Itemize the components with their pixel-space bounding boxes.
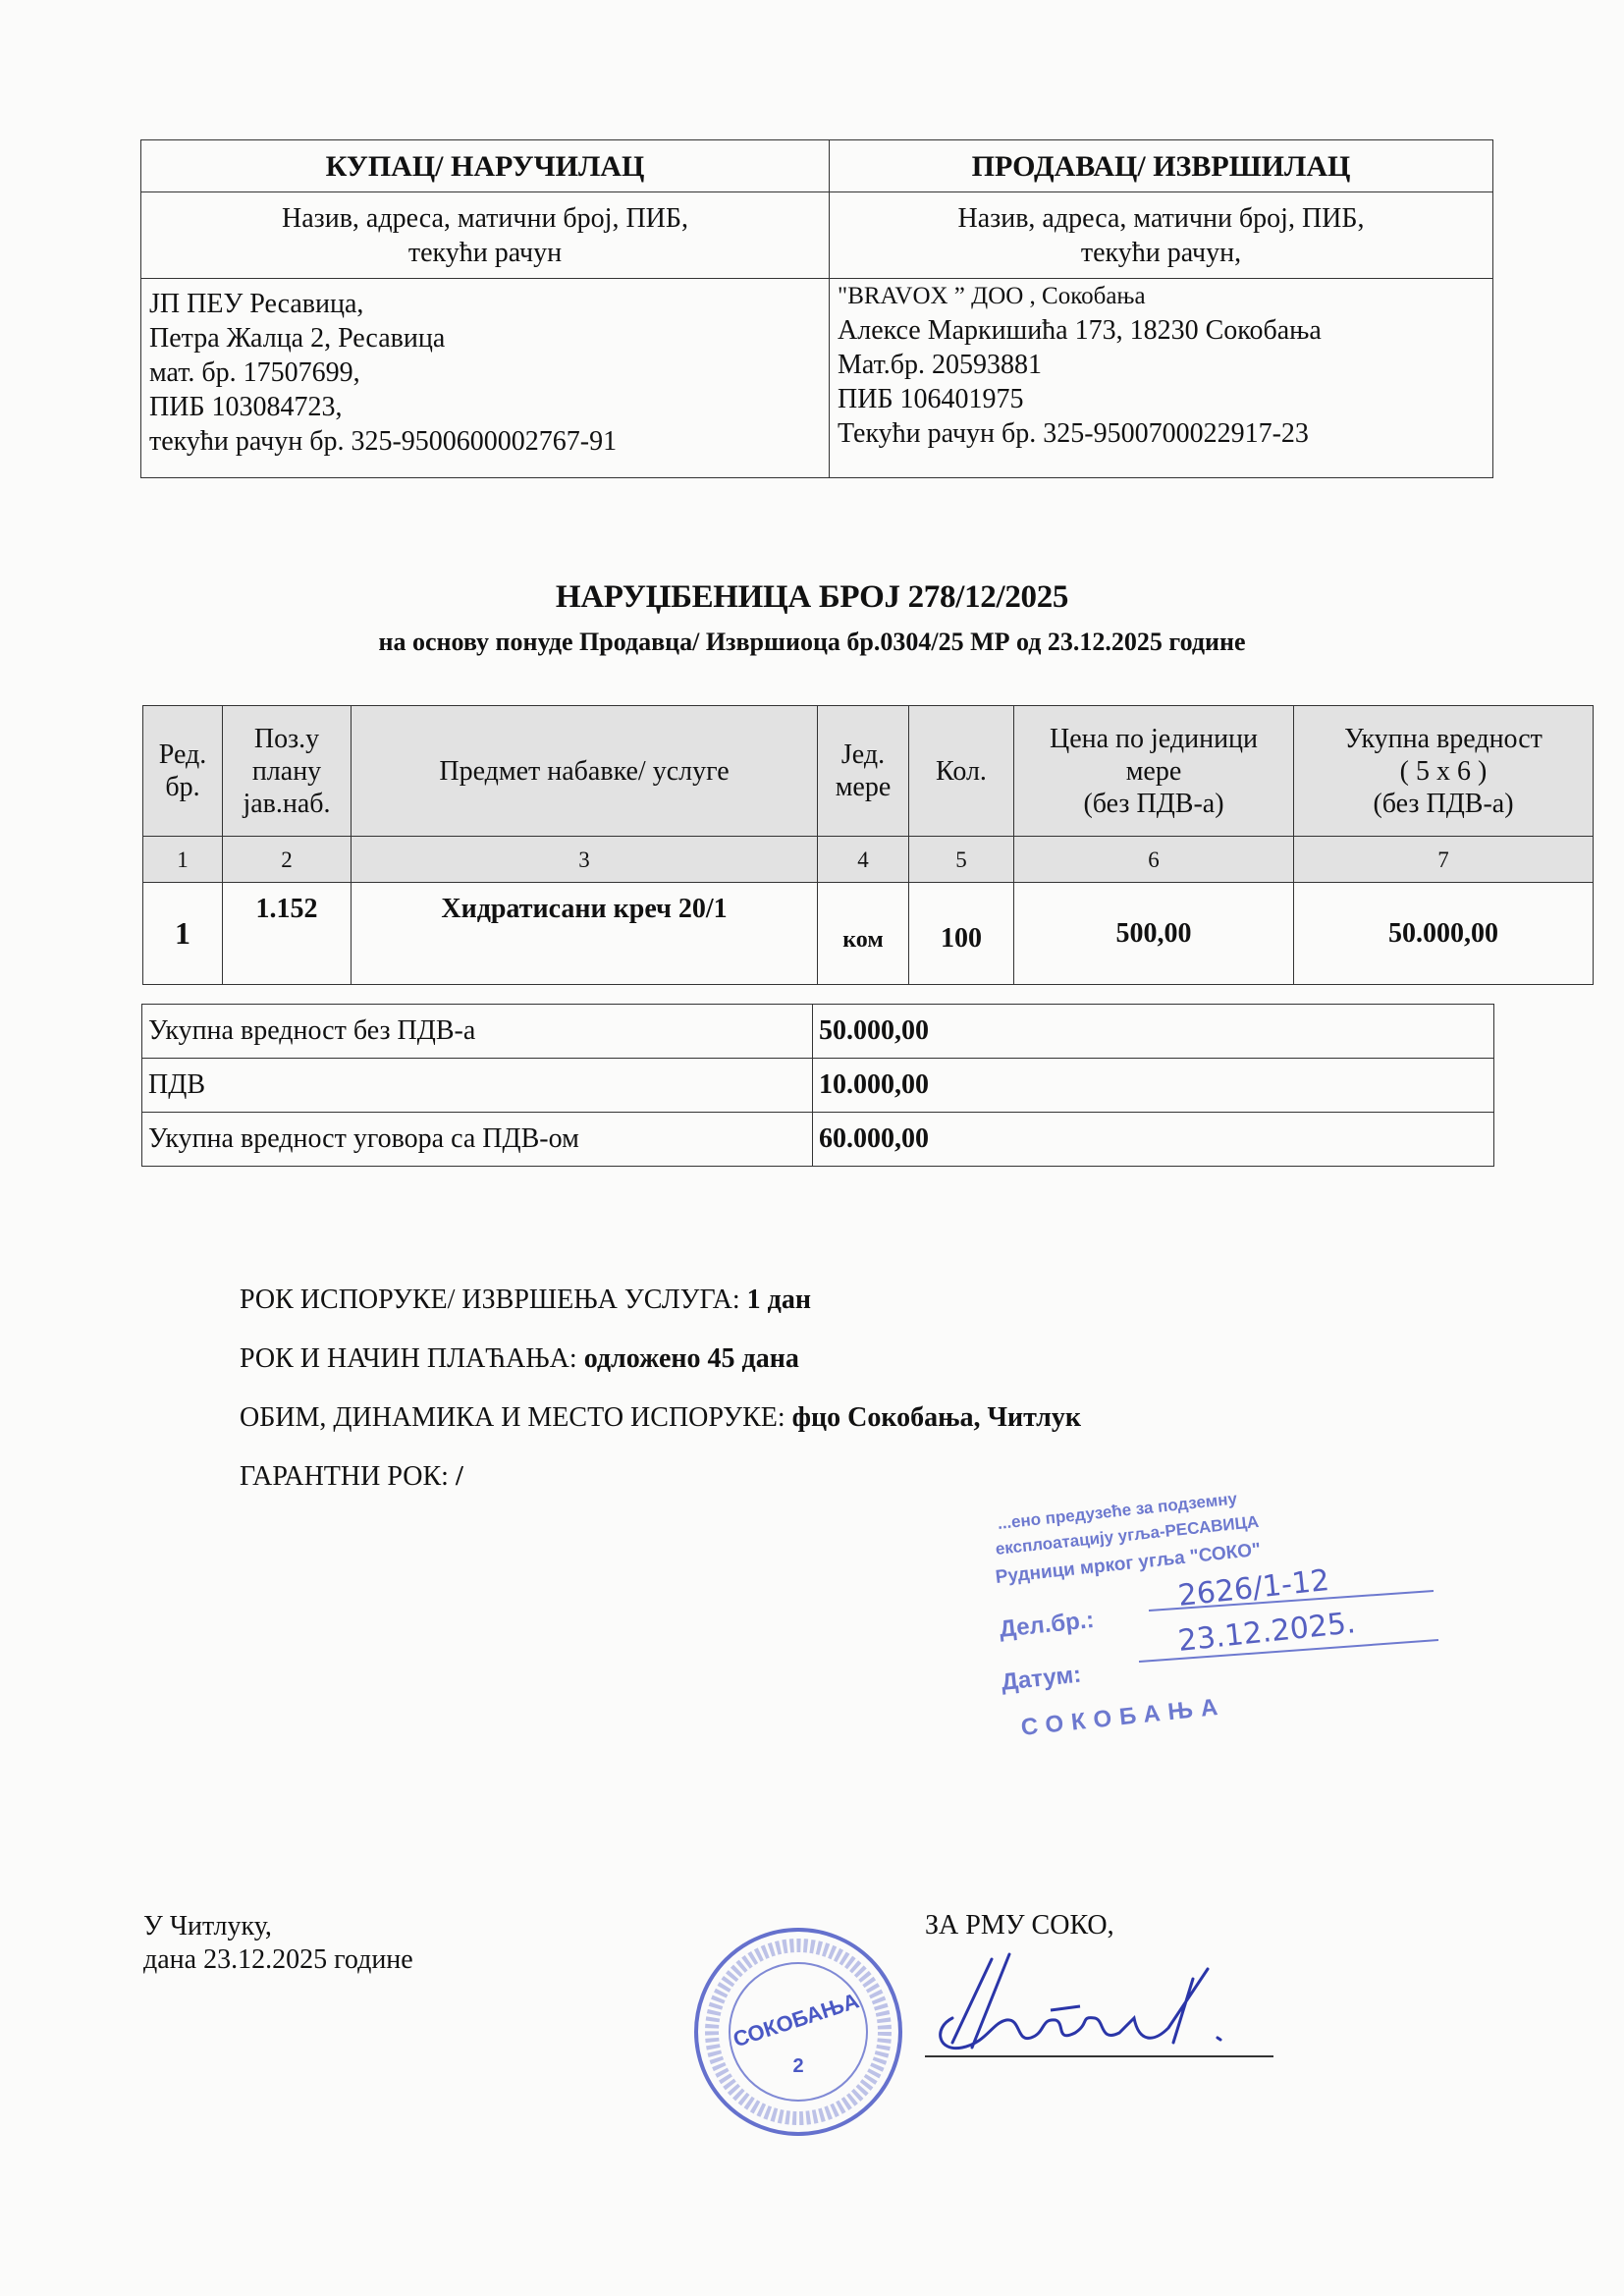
seller-tax-id: ПИБ 106401975	[838, 382, 1487, 416]
seller-bank-account: Текући рачун бр. 325-9500700022917-23	[838, 416, 1487, 451]
column-header: Поз.упланујав.наб.	[223, 706, 352, 837]
signer-label: ЗА РМУ СОКО,	[925, 1910, 1114, 1941]
header-line: мере	[1015, 755, 1292, 788]
header-line: (без ПДВ-а)	[1295, 788, 1592, 820]
receipt-stamp: ...ено предузеће за подземну експлоатаци…	[992, 1493, 1453, 1728]
cell-plan-position: 1.152	[223, 883, 352, 985]
place: У Читлуку,	[143, 1910, 413, 1943]
column-number: 6	[1014, 837, 1294, 883]
document-subtitle: на основу понуде Продавца/ Извршиоца бр.…	[0, 628, 1624, 657]
buyer-caption: Назив, адреса, матични број, ПИБ, текући…	[141, 192, 830, 279]
vat-value: 10.000,00	[813, 1059, 1494, 1113]
buyer-name: ЈП ПЕУ Ресавица,	[149, 287, 823, 321]
grand-total-value: 60.000,00	[813, 1113, 1494, 1167]
caption-line: текући рачун,	[831, 236, 1491, 270]
header-line: мере	[819, 771, 907, 803]
totals-table: Укупна вредност без ПДВ-а 50.000,00 ПДВ …	[141, 1004, 1494, 1167]
caption-line: Назив, адреса, матични број, ПИБ,	[831, 201, 1491, 236]
term-place: ОБИМ, ДИНАМИКА И МЕСТО ИСПОРУКЕ: фцо Сок…	[240, 1402, 1081, 1434]
table-row: Укупна вредност уговора са ПДВ-ом 60.000…	[142, 1113, 1494, 1167]
header-line: Кол.	[910, 755, 1012, 788]
table-row: ПДВ 10.000,00	[142, 1059, 1494, 1113]
total-label: Укупна вредност без ПДВ-а	[142, 1005, 813, 1059]
term-warranty: ГАРАНТНИ РОК: /	[240, 1461, 463, 1493]
caption-line: текући рачун	[142, 236, 828, 270]
place-date: У Читлуку, дана 23.12.2025 године	[143, 1910, 413, 1977]
seller-details: "BRAVOX ” ДОО , Сокобања Алексе Маркишић…	[830, 279, 1493, 478]
term-delivery: РОК ИСПОРУКЕ/ ИЗВРШЕЊА УСЛУГА: 1 дан	[240, 1285, 811, 1316]
column-number: 3	[352, 837, 818, 883]
term-label: ОБИМ, ДИНАМИКА И МЕСТО ИСПОРУКЕ:	[240, 1402, 792, 1433]
signature-line	[925, 2055, 1273, 2057]
column-number: 7	[1294, 837, 1594, 883]
header-line: бр.	[144, 771, 221, 803]
term-value: /	[456, 1461, 463, 1492]
header-line: Цена по јединици	[1015, 723, 1292, 755]
parties-table: КУПАЦ/ НАРУЧИЛАЦ ПРОДАВАЦ/ ИЗВРШИЛАЦ Наз…	[140, 139, 1493, 478]
cell-unit: ком	[818, 883, 909, 985]
seller-caption: Назив, адреса, матични број, ПИБ, текући…	[830, 192, 1493, 279]
column-header: Предмет набавке/ услуге	[352, 706, 818, 837]
document-title: НАРУЏБЕНИЦА БРОЈ 278/12/2025	[0, 579, 1624, 616]
term-label: РОК И НАЧИН ПЛАЋАЊА:	[240, 1343, 584, 1374]
signature-icon	[933, 1949, 1257, 2067]
buyer-address: Петра Жалца 2, Ресавица	[149, 321, 823, 355]
header-line: (без ПДВ-а)	[1015, 788, 1292, 820]
cell-unit-price: 500,00	[1014, 883, 1294, 985]
svg-text:СОКОБАЊА: СОКОБАЊА	[731, 1988, 862, 2051]
grand-total-label: Укупна вредност уговора са ПДВ-ом	[142, 1113, 813, 1167]
svg-text:2: 2	[792, 2055, 803, 2077]
cell-total: 50.000,00	[1294, 883, 1594, 985]
header-line: јав.наб.	[224, 788, 350, 820]
seller-reg-number: Мат.бр. 20593881	[838, 348, 1487, 382]
seller-name: "BRAVOX ” ДОО , Сокобања	[838, 279, 1487, 313]
date: дана 23.12.2025 године	[143, 1943, 413, 1977]
cell-qty: 100	[909, 883, 1014, 985]
table-row: Укупна вредност без ПДВ-а 50.000,00	[142, 1005, 1494, 1059]
header-line: Јед.	[819, 738, 907, 771]
seller-header: ПРОДАВАЦ/ ИЗВРШИЛАЦ	[830, 140, 1493, 192]
term-payment: РОК И НАЧИН ПЛАЋАЊА: одложено 45 дана	[240, 1343, 799, 1375]
vat-label: ПДВ	[142, 1059, 813, 1113]
term-value: 1 дан	[747, 1285, 811, 1315]
term-label: РОК ИСПОРУКЕ/ ИЗВРШЕЊА УСЛУГА:	[240, 1285, 747, 1315]
table-row: 1 1.152 Хидратисани креч 20/1 ком 100 50…	[143, 883, 1594, 985]
column-header: Ред.бр.	[143, 706, 223, 837]
buyer-bank-account: текући рачун бр. 325-9500600002767-91	[149, 424, 823, 459]
cell-subject: Хидратисани креч 20/1	[352, 883, 818, 985]
seller-address: Алексе Маркишића 173, 18230 Сокобања	[838, 313, 1487, 348]
header-line: Укупна вредност	[1295, 723, 1592, 755]
buyer-tax-id: ПИБ 103084723,	[149, 390, 823, 424]
caption-line: Назив, адреса, матични број, ПИБ,	[142, 201, 828, 236]
term-value: фцо Сокобања, Читлук	[792, 1402, 1081, 1433]
cell-no: 1	[143, 883, 223, 985]
round-seal-icon: СОКОБАЊА 2	[691, 1925, 905, 2139]
header-line: плану	[224, 755, 350, 788]
column-header: Кол.	[909, 706, 1014, 837]
column-number: 5	[909, 837, 1014, 883]
header-line: ( 5 x 6 )	[1295, 755, 1592, 788]
column-header: Јед.мере	[818, 706, 909, 837]
column-number: 4	[818, 837, 909, 883]
buyer-header: КУПАЦ/ НАРУЧИЛАЦ	[141, 140, 830, 192]
column-header: Цена по јединицимере(без ПДВ-а)	[1014, 706, 1294, 837]
term-label: ГАРАНТНИ РОК:	[240, 1461, 456, 1492]
header-line: Поз.у	[224, 723, 350, 755]
total-value: 50.000,00	[813, 1005, 1494, 1059]
header-line: Предмет набавке/ услуге	[352, 755, 816, 788]
buyer-reg-number: мат. бр. 17507699,	[149, 355, 823, 390]
column-number: 2	[223, 837, 352, 883]
column-header: Укупна вредност( 5 x 6 )(без ПДВ-а)	[1294, 706, 1594, 837]
column-number: 1	[143, 837, 223, 883]
header-line: Ред.	[144, 738, 221, 771]
items-table: Ред.бр.Поз.упланујав.наб.Предмет набавке…	[142, 705, 1594, 985]
buyer-details: ЈП ПЕУ Ресавица, Петра Жалца 2, Ресавица…	[141, 279, 830, 478]
term-value: одложено 45 дана	[584, 1343, 799, 1374]
stamp-lines	[992, 1493, 1453, 1728]
